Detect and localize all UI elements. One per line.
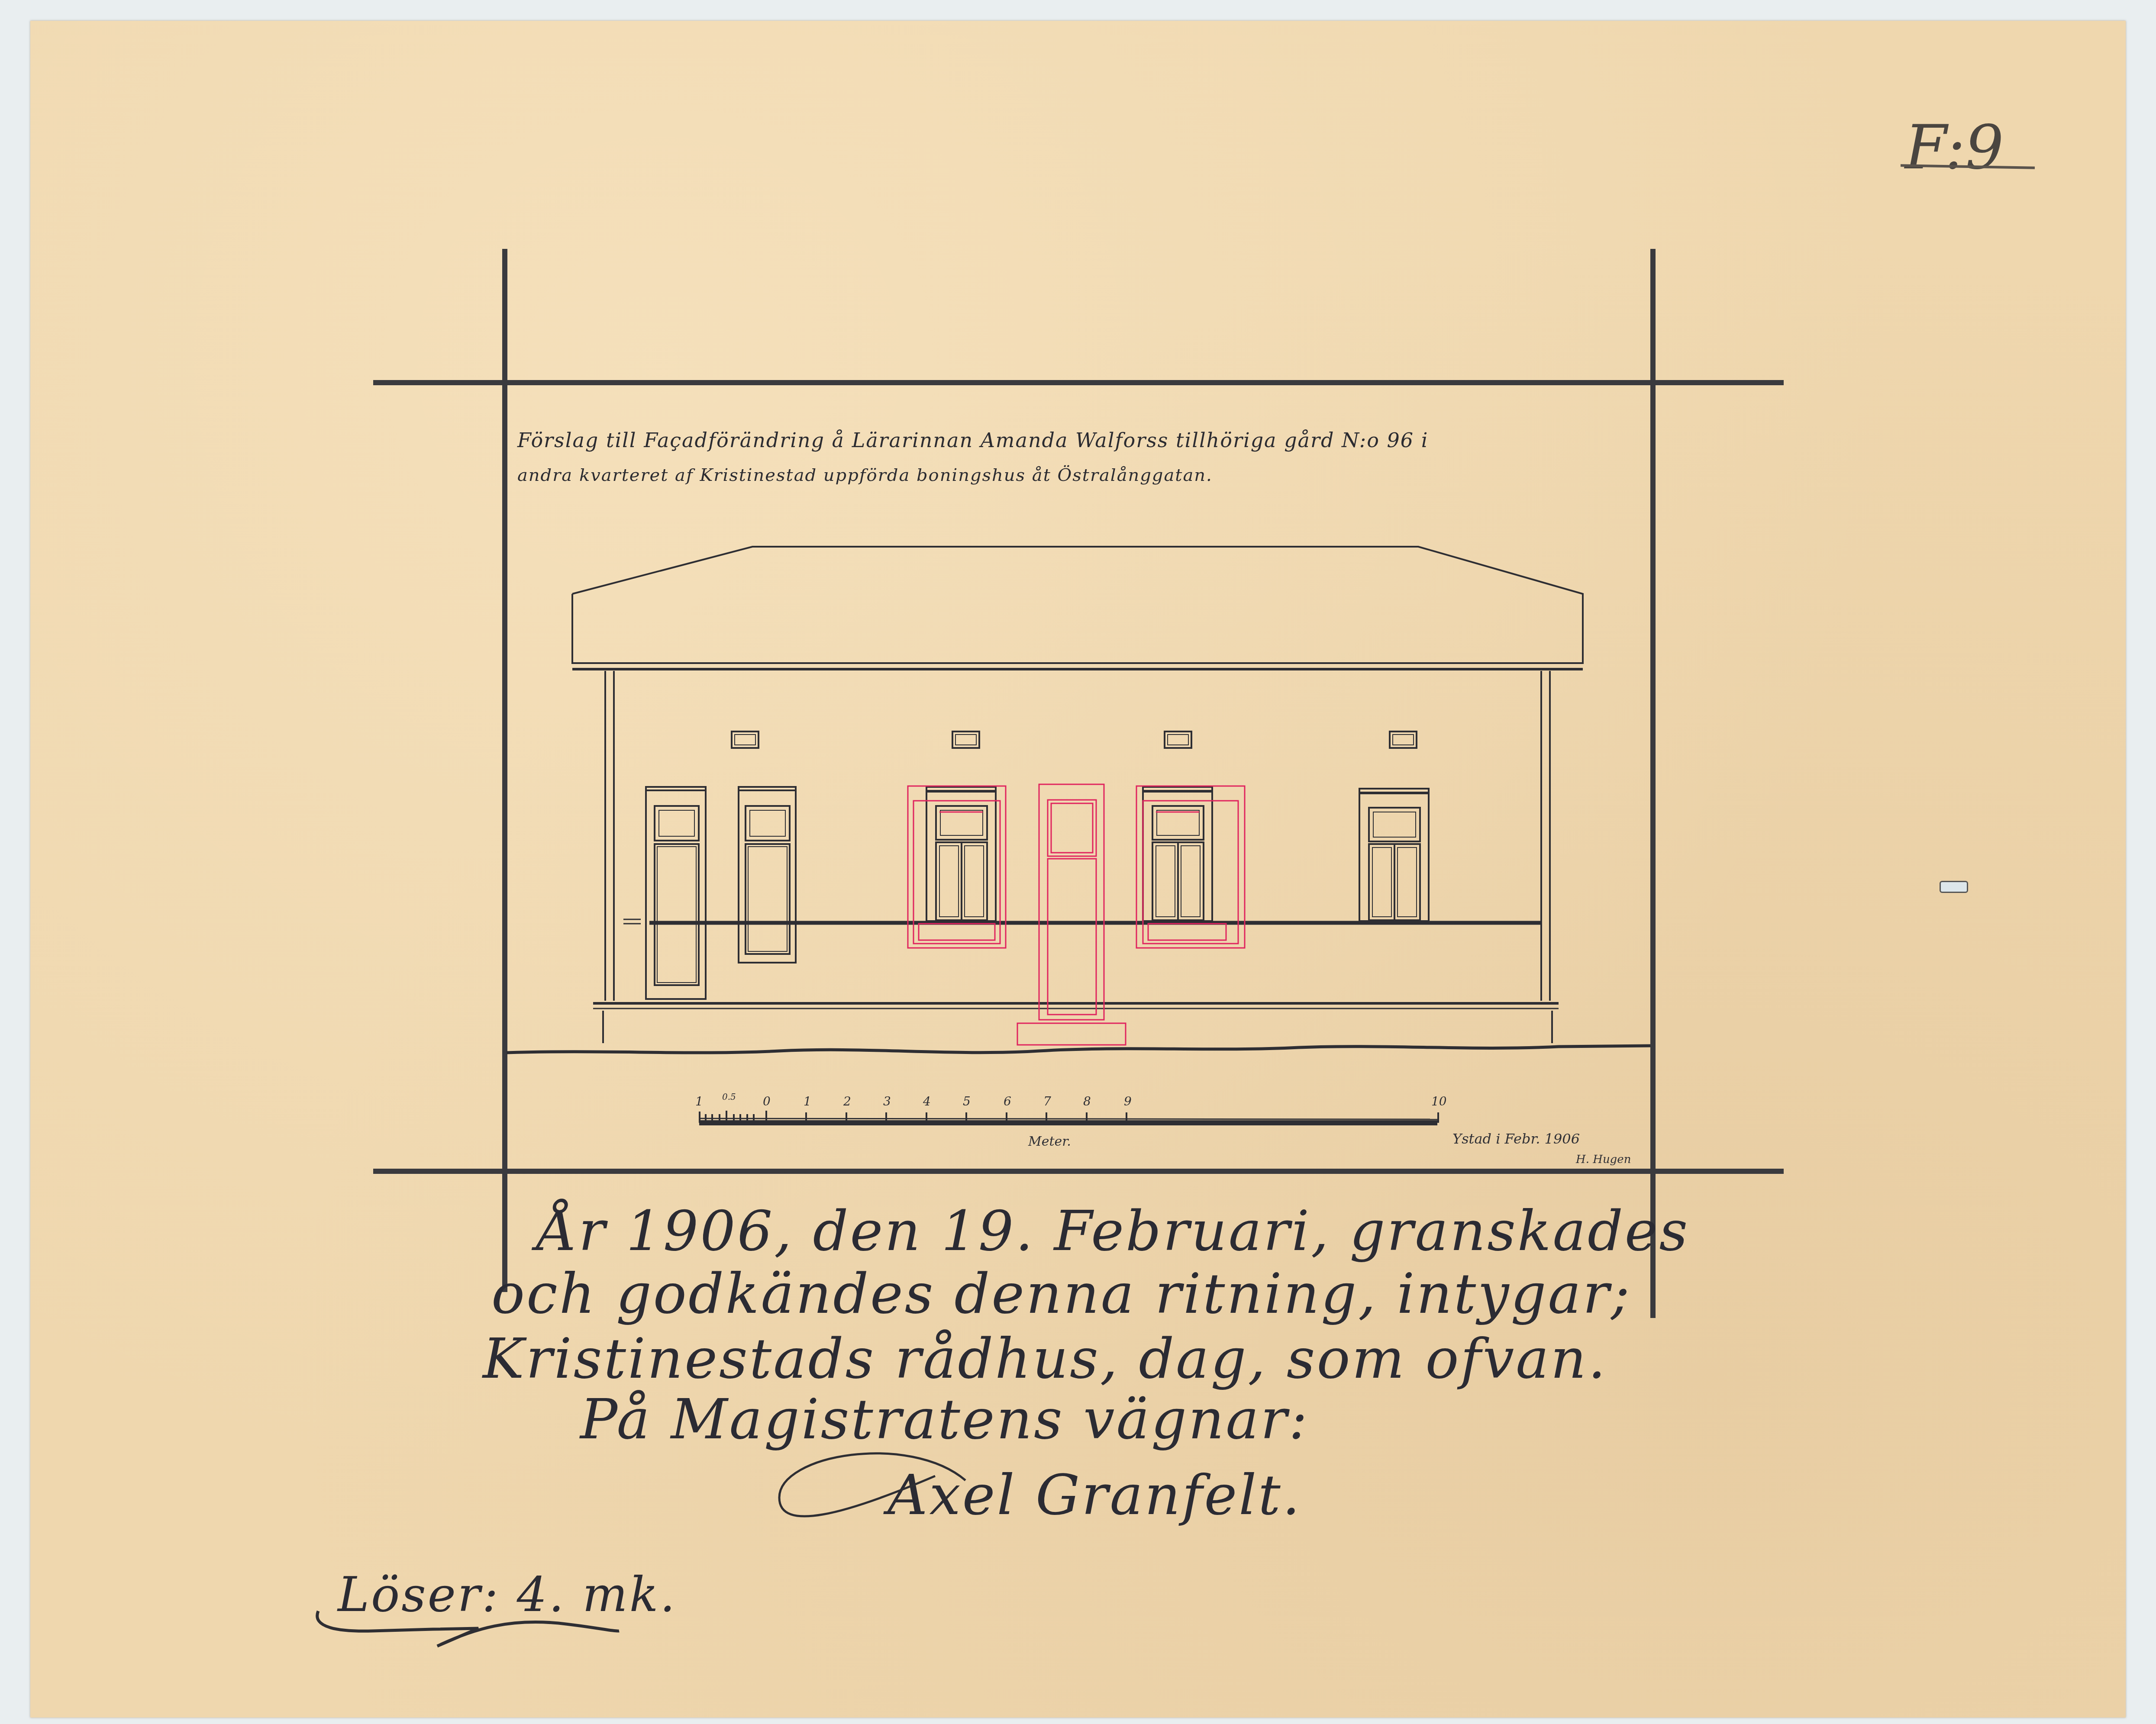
punch-hole xyxy=(1940,881,1968,893)
fee-underline-flourish xyxy=(0,0,2156,1724)
